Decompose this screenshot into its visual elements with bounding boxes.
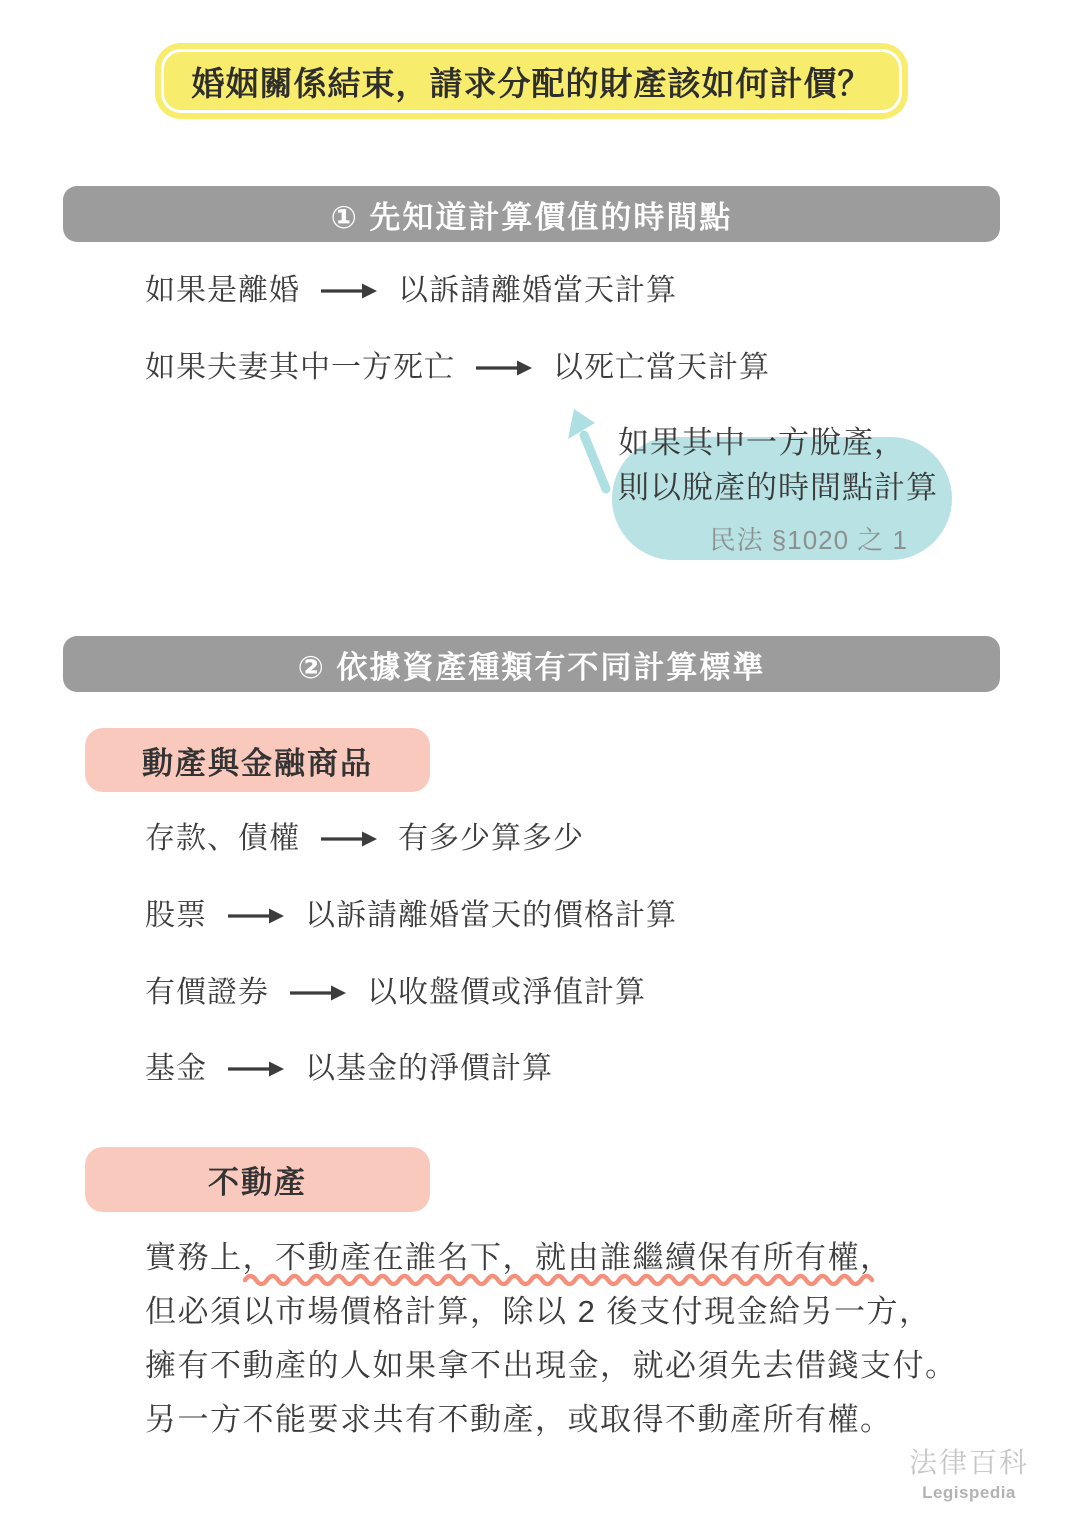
asset-type: 有價證券 xyxy=(145,974,269,1012)
asset-rule-row: 有價證券 以收盤價或淨值計算 xyxy=(145,974,646,1012)
callout-line1: 如果其中一方脫產， xyxy=(618,420,938,465)
asset-type: 股票 xyxy=(145,897,207,935)
rule-condition: 如果夫妻其中一方死亡 xyxy=(145,349,455,387)
rule-row: 如果是離婚 以訴請離婚當天計算 xyxy=(145,272,677,310)
rule-condition: 如果是離婚 xyxy=(145,272,300,310)
paragraph-line-2: 但必須以市場價格計算，除以 2 後支付現金給另一方， xyxy=(145,1292,931,1332)
rule-result: 以訴請離婚當天計算 xyxy=(398,272,677,310)
section1-banner: ① 先知道計算價值的時間點 xyxy=(63,186,1000,242)
infographic-page: 婚姻關係結束，請求分配的財產該如何計價？ ① 先知道計算價值的時間點 如果是離婚… xyxy=(0,0,1065,1530)
asset-rule-row: 基金 以基金的淨價計算 xyxy=(145,1050,553,1088)
callout-text: 如果其中一方脫產， 則以脫產的時間點計算 xyxy=(618,420,938,510)
paragraph-line-3: 擁有不動產的人如果拿不出現金，就必須先去借錢支付。 xyxy=(145,1346,958,1386)
asset-rule-row: 存款、債權 有多少算多少 xyxy=(145,820,584,858)
rule-row: 如果夫妻其中一方死亡 以死亡當天計算 xyxy=(145,349,770,387)
callout-line2: 則以脫產的時間點計算 xyxy=(618,465,938,510)
rule-result: 以死亡當天計算 xyxy=(553,349,770,387)
arrow-right-icon xyxy=(227,907,285,925)
section2-banner: ② 依據資產種類有不同計算標準 xyxy=(63,636,1000,692)
category-label-text: 動產與金融商品 xyxy=(142,738,373,783)
asset-type: 基金 xyxy=(145,1050,207,1088)
section2-banner-label: ② 依據資產種類有不同計算標準 xyxy=(298,642,766,687)
callout-pointer-arrow-icon xyxy=(554,403,618,495)
law-citation: 民法 §1020 之 1 xyxy=(612,520,908,557)
asset-rule: 有多少算多少 xyxy=(398,820,584,858)
asset-rule: 以訴請離婚當天的價格計算 xyxy=(305,897,677,935)
asset-rule: 以收盤價或淨值計算 xyxy=(367,974,646,1012)
brand-logo-zh: 法律百科 xyxy=(909,1441,1029,1481)
category-label-text: 不動產 xyxy=(208,1157,307,1202)
arrow-right-icon xyxy=(227,1060,285,1078)
wavy-underline xyxy=(243,1270,877,1290)
arrow-right-icon xyxy=(320,282,378,300)
brand-logo-en: Legispedia xyxy=(909,1483,1029,1503)
brand-logo: 法律百科 Legispedia xyxy=(909,1441,1029,1503)
asset-rule-row: 股票 以訴請離婚當天的價格計算 xyxy=(145,897,677,935)
paragraph-line-4: 另一方不能要求共有不動產，或取得不動產所有權。 xyxy=(145,1400,893,1440)
title-box: 婚姻關係結束，請求分配的財產該如何計價？ xyxy=(155,43,908,119)
arrow-right-icon xyxy=(475,359,533,377)
arrow-right-icon xyxy=(320,830,378,848)
asset-rule: 以基金的淨價計算 xyxy=(305,1050,553,1088)
arrow-right-icon xyxy=(289,984,347,1002)
page-title: 婚姻關係結束，請求分配的財產該如何計價？ xyxy=(192,58,872,105)
category-label-real-estate: 不動產 xyxy=(85,1147,430,1212)
category-label-movable-assets: 動產與金融商品 xyxy=(85,728,430,792)
section1-banner-label: ① 先知道計算價值的時間點 xyxy=(331,192,733,237)
asset-type: 存款、債權 xyxy=(145,820,300,858)
